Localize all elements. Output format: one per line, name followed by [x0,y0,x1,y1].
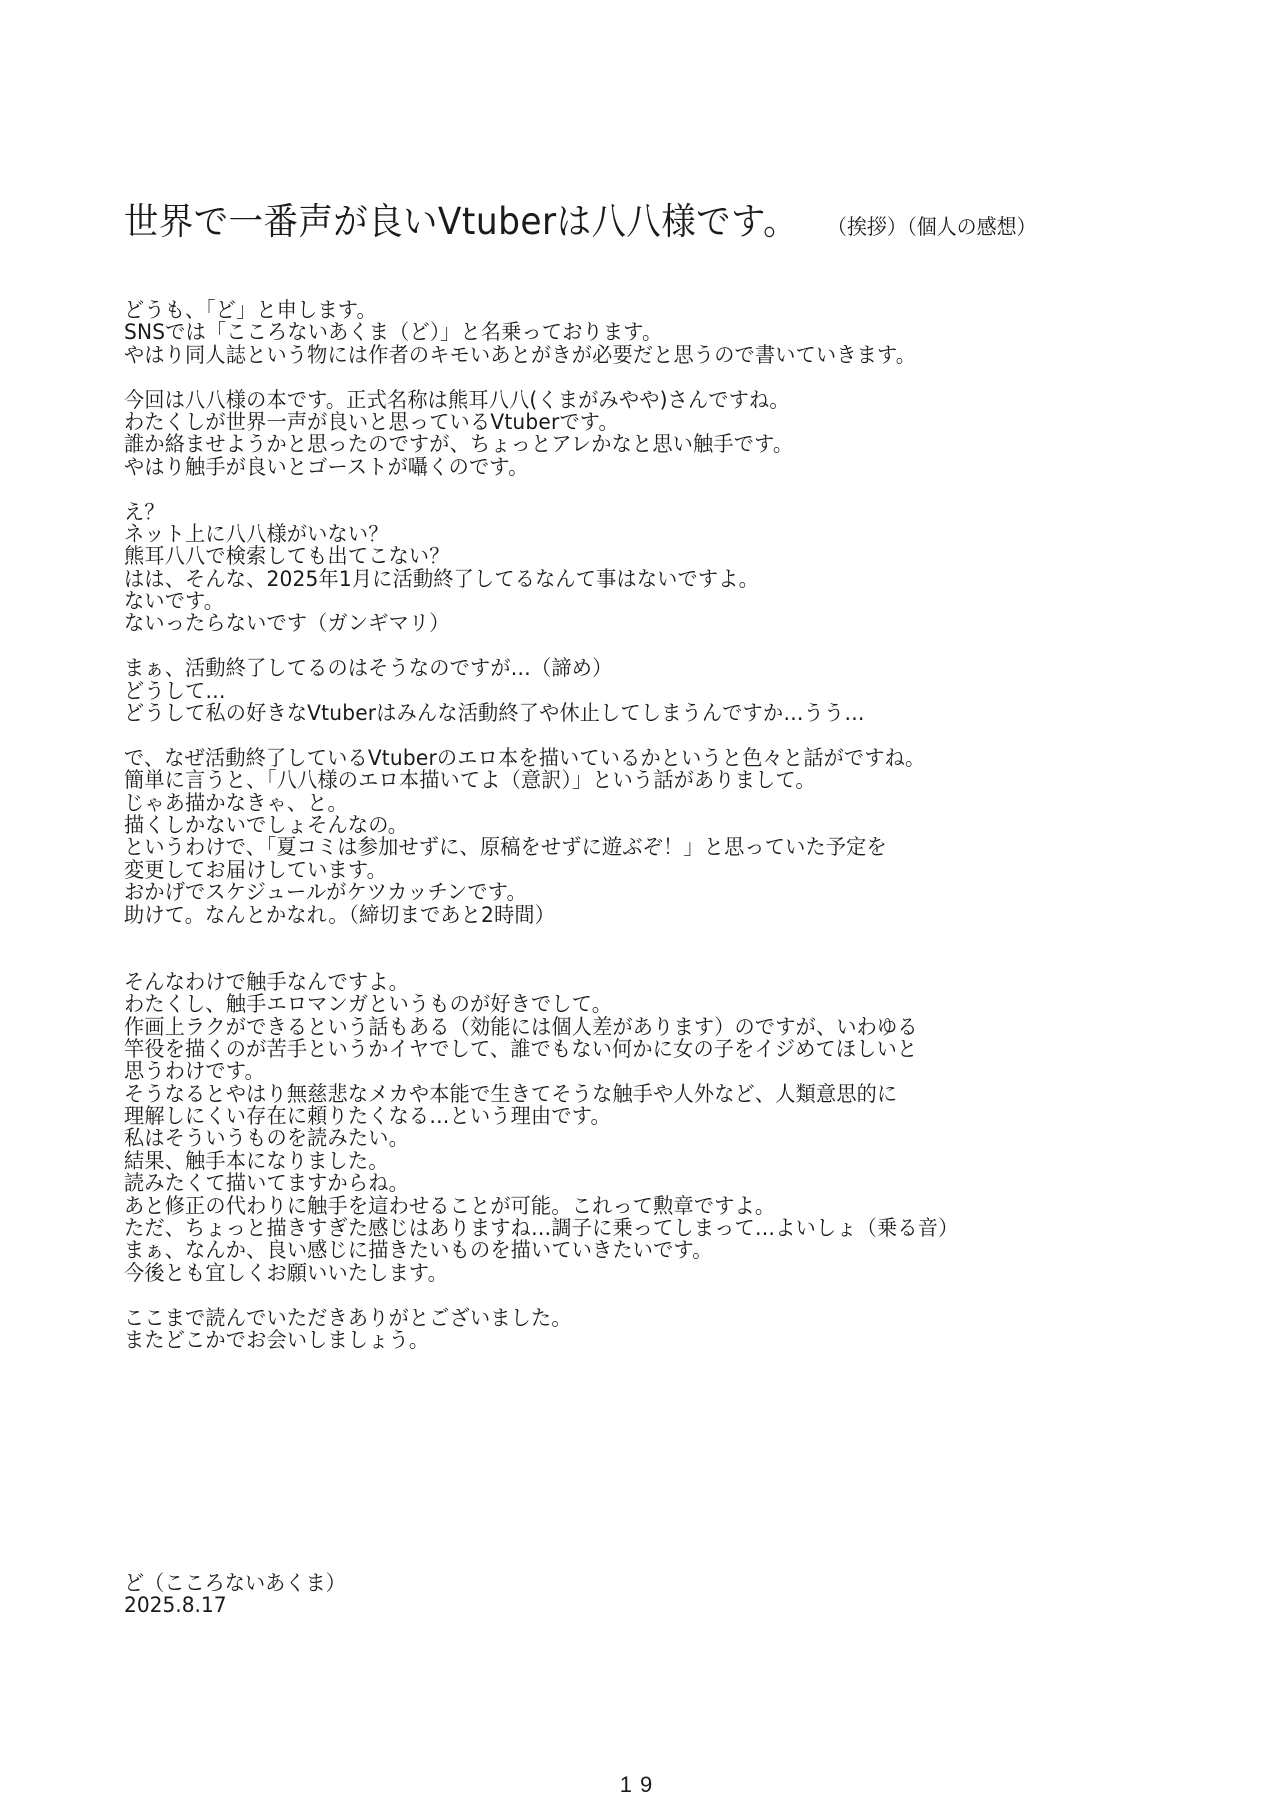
paragraph: ここまで読んでいただきありがとございました。 またどこかでお会いしましょう。 [124,1307,1184,1352]
text-line: え？ [124,501,1142,523]
text-line: 読みたくて描いてますからね。 [124,1172,1142,1194]
text-line: そうなるとやはり無慈悲なメカや本能で生きてそうな触手や人外など、人類意思的に [124,1083,1142,1105]
text-line: やはり触手が良いとゴーストが囁くのです。 [124,456,1142,478]
text-line: ないったらないです（ガンギマリ） [124,612,1142,634]
text-line: ないです。 [124,590,1142,612]
paragraph-gap [124,478,1184,500]
title-main: 世界で一番声が良いVtuberは八八様です。 [124,203,798,240]
text-line: はは、そんな、2025年1月に活動終了してるなんて事はないですよ。 [124,568,1142,590]
signature: ど（こころないあくま） 2025.8.17 [124,1572,355,1617]
text-line: 簡単に言うと、「八八様のエロ本描いてよ（意訳）」という話がありまして。 [124,769,1142,791]
text-line: 描くしかないでしょそんなの。 [124,814,1142,836]
text-line: まぁ、なんか、良い感じに描きたいものを描いていきたいです。 [124,1239,1142,1261]
text-line: どうして私の好きなVtuberはみんな活動終了や休止してしまうんですか…うう… [124,702,1142,724]
text-line: どうして… [124,680,1142,702]
text-line: 変更してお届けしています。 [124,859,1142,881]
signature-author: ど（こころないあくま） [124,1572,346,1594]
signature-date: 2025.8.17 [124,1594,346,1616]
text-line: 今後とも宜しくお願いいたします。 [124,1262,1142,1284]
text-line: 思うわけです。 [124,1060,1142,1082]
text-line: 熊耳八八で検索しても出てこない？ [124,545,1142,567]
paragraph-gap [124,1284,1184,1306]
text-line: まぁ、活動終了してるのはそうなのですが…（諦め） [124,657,1142,679]
paragraph: え？ ネット上に八八様がいない？ 熊耳八八で検索しても出てこない？ はは、そんな… [124,501,1184,635]
paragraph: で、なぜ活動終了しているVtuberのエロ本を描いているかというと色々と話がです… [124,747,1184,926]
text-line: わたくし、触手エロマンガというものが好きでして。 [124,993,1142,1015]
text-line: 助けて。なんとかなれ。（締切まであと2時間） [124,904,1142,926]
paragraph: 今回は八八様の本です。正式名称は熊耳八八(くまがみやや)さんですね。 わたくしが… [124,389,1184,479]
text-line: 理解しにくい存在に頼りたくなる…という理由です。 [124,1105,1142,1127]
paragraph: まぁ、活動終了してるのはそうなのですが…（諦め） どうして… どうして私の好きな… [124,657,1184,724]
text-line: どうも、「ど」と申します。 [124,299,1142,321]
afterword-body: どうも、「ど」と申します。 SNSでは「こころないあくま（ど）」と名乗っておりま… [124,299,1184,1351]
text-line: 竿役を描くのが苦手というかイヤでして、誰でもない何かに女の子をイジめてほしいと [124,1038,1142,1060]
text-line: ネット上に八八様がいない？ [124,523,1142,545]
text-line: 今回は八八様の本です。正式名称は熊耳八八(くまがみやや)さんですね。 [124,389,1142,411]
page-title: 世界で一番声が良いVtuberは八八様です。（挨拶）（個人の感想） [124,203,1047,240]
text-line: 結果、触手本になりました。 [124,1150,1142,1172]
text-line: 私はそういうものを読みたい。 [124,1127,1142,1149]
text-line: SNSでは「こころないあくま（ど）」と名乗っております。 [124,321,1142,343]
text-line: あと修正の代わりに触手を這わせることが可能。これって勲章ですよ。 [124,1195,1142,1217]
text-line: ただ、ちょっと描きすぎた感じはありますね…調子に乗ってしまって…よいしょ（乗る音… [124,1217,1142,1239]
paragraph-gap [124,366,1184,388]
text-line: そんなわけで触手なんですよ。 [124,971,1142,993]
text-line: ここまで読んでいただきありがとございました。 [124,1307,1142,1329]
title-suffix: （挨拶）（個人の感想） [827,217,1036,238]
text-line: 作画上ラクができるという話もある（効能には個人差があります）のですが、いわゆる [124,1016,1142,1038]
text-line: やはり同人誌という物には作者のキモいあとがきが必要だと思うので書いていきます。 [124,344,1142,366]
text-line: 誰か絡ませようかと思ったのですが、ちょっとアレかなと思い触手です。 [124,433,1142,455]
paragraph-gap [124,926,1184,971]
text-line: わたくしが世界一声が良いと思っているVtuberです。 [124,411,1142,433]
text-line: というわけで、「夏コミは参加せずに、原稿をせずに遊ぶぞ！」と思っていた予定を [124,836,1142,858]
document-page: 世界で一番声が良いVtuberは八八様です。（挨拶）（個人の感想） どうも、「ど… [0,0,1280,1807]
text-line: またどこかでお会いしましょう。 [124,1329,1142,1351]
text-line: じゃあ描かなきゃ、と。 [124,792,1142,814]
paragraph: どうも、「ど」と申します。 SNSでは「こころないあくま（ど）」と名乗っておりま… [124,299,1184,366]
paragraph-gap [124,724,1184,746]
page-number: 19 [0,1772,1280,1798]
paragraph: そんなわけで触手なんですよ。 わたくし、触手エロマンガというものが好きでして。 … [124,971,1184,1284]
text-line: おかげでスケジュールがケツカッチンです。 [124,881,1142,903]
text-line: で、なぜ活動終了しているVtuberのエロ本を描いているかというと色々と話がです… [124,747,1142,769]
paragraph-gap [124,635,1184,657]
